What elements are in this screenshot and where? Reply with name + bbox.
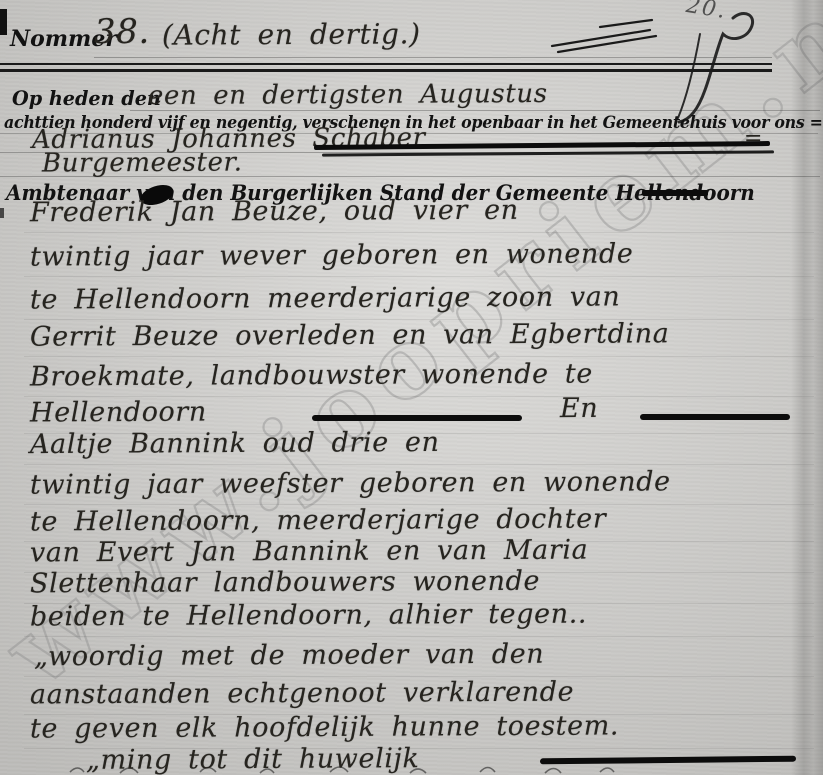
official-title: Burgemeester. bbox=[42, 147, 243, 178]
double-rule-top bbox=[0, 63, 772, 65]
paraph-flourish-tail bbox=[678, 34, 700, 118]
body-line: te geven elk hoofdelijk hunne toestem. bbox=[30, 710, 619, 744]
scan-left-edge-mark bbox=[0, 9, 7, 35]
faint-baseline bbox=[24, 276, 814, 277]
body-line: twintig jaar weefster geboren en wonende bbox=[30, 466, 671, 500]
body-line: te Hellendoorn, meerderjarige dochter bbox=[30, 503, 606, 537]
ink-dash bbox=[640, 414, 790, 420]
nommer-words: (Acht en dertig.) bbox=[162, 17, 421, 51]
body-line: aanstaanden echtgenoot verklarende bbox=[30, 677, 574, 711]
body-line: van Evert Jan Bannink en van Maria bbox=[30, 535, 588, 569]
body-line: Slettenhaar landbouwers wonende bbox=[30, 566, 540, 600]
body-line: Broekmate, landbouwster wonende te bbox=[30, 359, 593, 393]
faint-baseline bbox=[24, 232, 814, 233]
fill-in-rule bbox=[94, 57, 772, 58]
scan-left-edge-mark-2 bbox=[0, 208, 4, 218]
ink-dash bbox=[642, 190, 708, 196]
faint-baseline bbox=[24, 356, 814, 357]
official-name-suffix: = bbox=[744, 126, 763, 151]
body-line: „woordig met de moeder van den bbox=[34, 639, 544, 673]
slanted-closure-dashes bbox=[552, 20, 656, 52]
double-rule-bottom bbox=[0, 69, 772, 72]
paraph-flourish bbox=[679, 13, 753, 122]
body-line: Gerrit Beuze overleden en van Egbertdina bbox=[30, 318, 670, 352]
body-line: beiden te Hellendoorn, alhier tegen.. bbox=[30, 599, 587, 633]
fill-in-rule bbox=[130, 110, 820, 111]
date-handwritten: een en dertigsten Augustus bbox=[148, 79, 548, 111]
ink-dash bbox=[312, 415, 522, 421]
ruled-line bbox=[0, 176, 820, 177]
body-line-word: En bbox=[560, 393, 598, 424]
date-printed-label: Op heden den bbox=[12, 86, 161, 110]
body-line: te Hellendoorn meerderjarige zoon van bbox=[30, 281, 621, 315]
body-line: Hellendoorn bbox=[30, 397, 207, 429]
body-line: twintig jaar wever geboren en wonende bbox=[30, 238, 634, 272]
scanned-document-page: www.joopriem.nl 20. Nommer 38. (Acht en … bbox=[0, 0, 823, 775]
body-line: Frederik Jan Beuze, oud vier en bbox=[30, 195, 519, 229]
faint-baseline bbox=[24, 636, 814, 637]
ink-dash bbox=[540, 756, 796, 765]
body-line: „ming tot dit huwelijk bbox=[86, 743, 420, 775]
faint-baseline bbox=[24, 464, 814, 465]
body-line: Aaltje Bannink oud drie en bbox=[30, 427, 440, 460]
page-corner-number: 20. bbox=[684, 0, 728, 24]
nommer-value: 38. bbox=[94, 12, 150, 52]
